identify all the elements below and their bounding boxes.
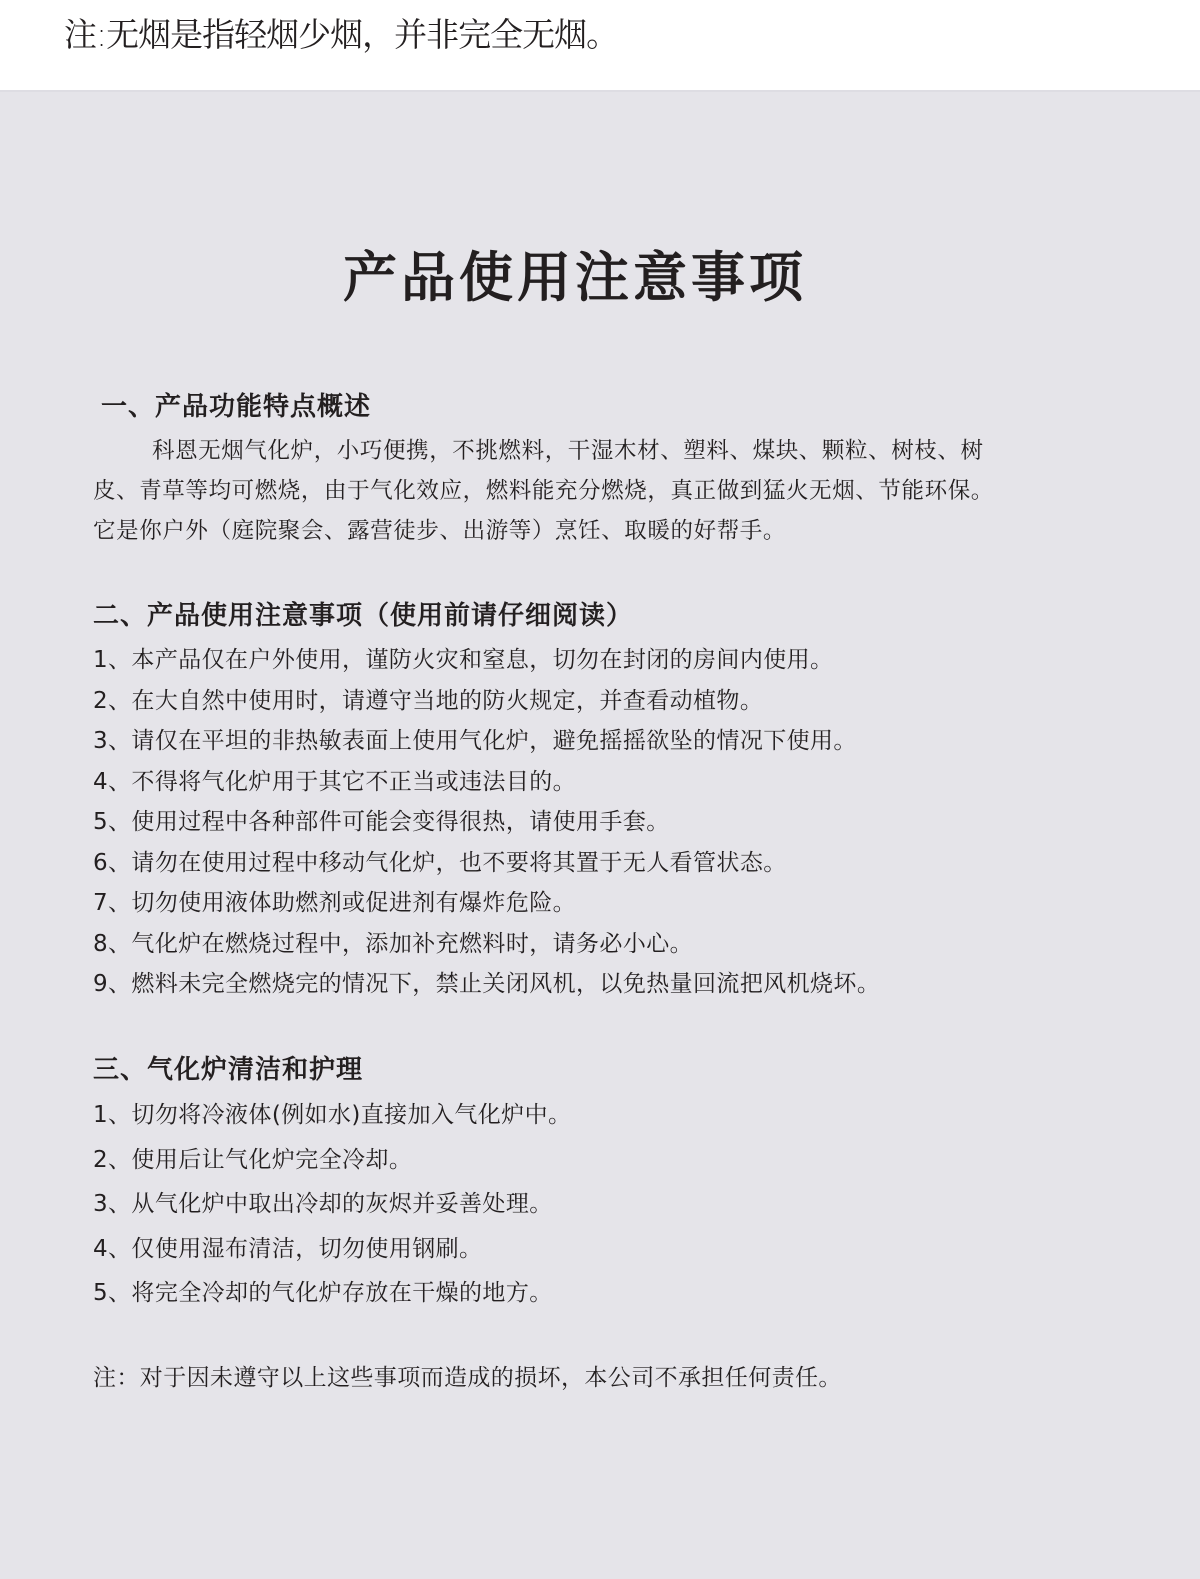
cleaning-care-item: 3、从气化炉中取出冷却的灰烬并妥善处理。	[93, 1189, 553, 1219]
features-paragraph-line-3: 它是你户外（庭院聚会、露营徒步、出游等）烹饪、取暖的好帮手。	[93, 516, 786, 546]
usage-precaution-item: 4、不得将气化炉用于其它不正当或违法目的。	[93, 767, 576, 797]
cleaning-care-item: 5、将完全冷却的气化炉存放在干燥的地方。	[93, 1278, 553, 1308]
cleaning-care-item: 4、仅使用湿布清洁，切勿使用钢刷。	[93, 1234, 482, 1264]
top-note-strip: 注:无烟是指轻烟少烟，并非完全无烟。	[0, 0, 1200, 90]
usage-precaution-item: 6、请勿在使用过程中移动气化炉，也不要将其置于无人看管状态。	[93, 848, 787, 878]
features-paragraph-line-1: 科恩无烟气化炉，小巧便携，不挑燃料，干湿木材、塑料、煤块、颗粒、树枝、树	[152, 436, 984, 466]
usage-precaution-item: 5、使用过程中各种部件可能会变得很热，请使用手套。	[93, 807, 670, 837]
cleaning-care-item: 1、切勿将冷液体(例如水)直接加入气化炉中。	[93, 1100, 571, 1130]
section-heading-usage-precautions: 二、产品使用注意事项（使用前请仔细阅读）	[93, 599, 633, 633]
section-heading-cleaning-care: 三、气化炉清洁和护理	[93, 1053, 363, 1087]
smokeless-disclaimer-note: 注:无烟是指轻烟少烟，并非完全无烟。	[64, 14, 618, 56]
usage-precaution-item: 3、请仅在平坦的非热敏表面上使用气化炉，避免摇摇欲坠的情况下使用。	[93, 726, 857, 756]
usage-precaution-item: 2、在大自然中使用时，请遵守当地的防火规定，并查看动植物。	[93, 686, 763, 716]
usage-precaution-item: 7、切勿使用液体助燃剂或促进剂有爆炸危险。	[93, 888, 576, 918]
page-title: 产品使用注意事项	[0, 246, 1150, 310]
usage-precaution-item: 8、气化炉在燃烧过程中，添加补充燃料时，请务必小心。	[93, 929, 693, 959]
section-heading-features: 一、产品功能特点概述	[101, 390, 371, 424]
liability-disclaimer-note: 注：对于因未遵守以上这些事项而造成的损坏，本公司不承担任何责任。	[93, 1363, 842, 1393]
usage-precaution-item: 9、燃料未完全燃烧完的情况下，禁止关闭风机，以免热量回流把风机烧坏。	[93, 969, 880, 999]
usage-precaution-item: 1、本产品仅在户外使用，谨防火灾和窒息，切勿在封闭的房间内使用。	[93, 645, 833, 675]
cleaning-care-item: 2、使用后让气化炉完全冷却。	[93, 1145, 412, 1175]
features-paragraph-line-2: 皮、青草等均可燃烧，由于气化效应，燃料能充分燃烧，真正做到猛火无烟、节能环保。	[93, 476, 994, 506]
